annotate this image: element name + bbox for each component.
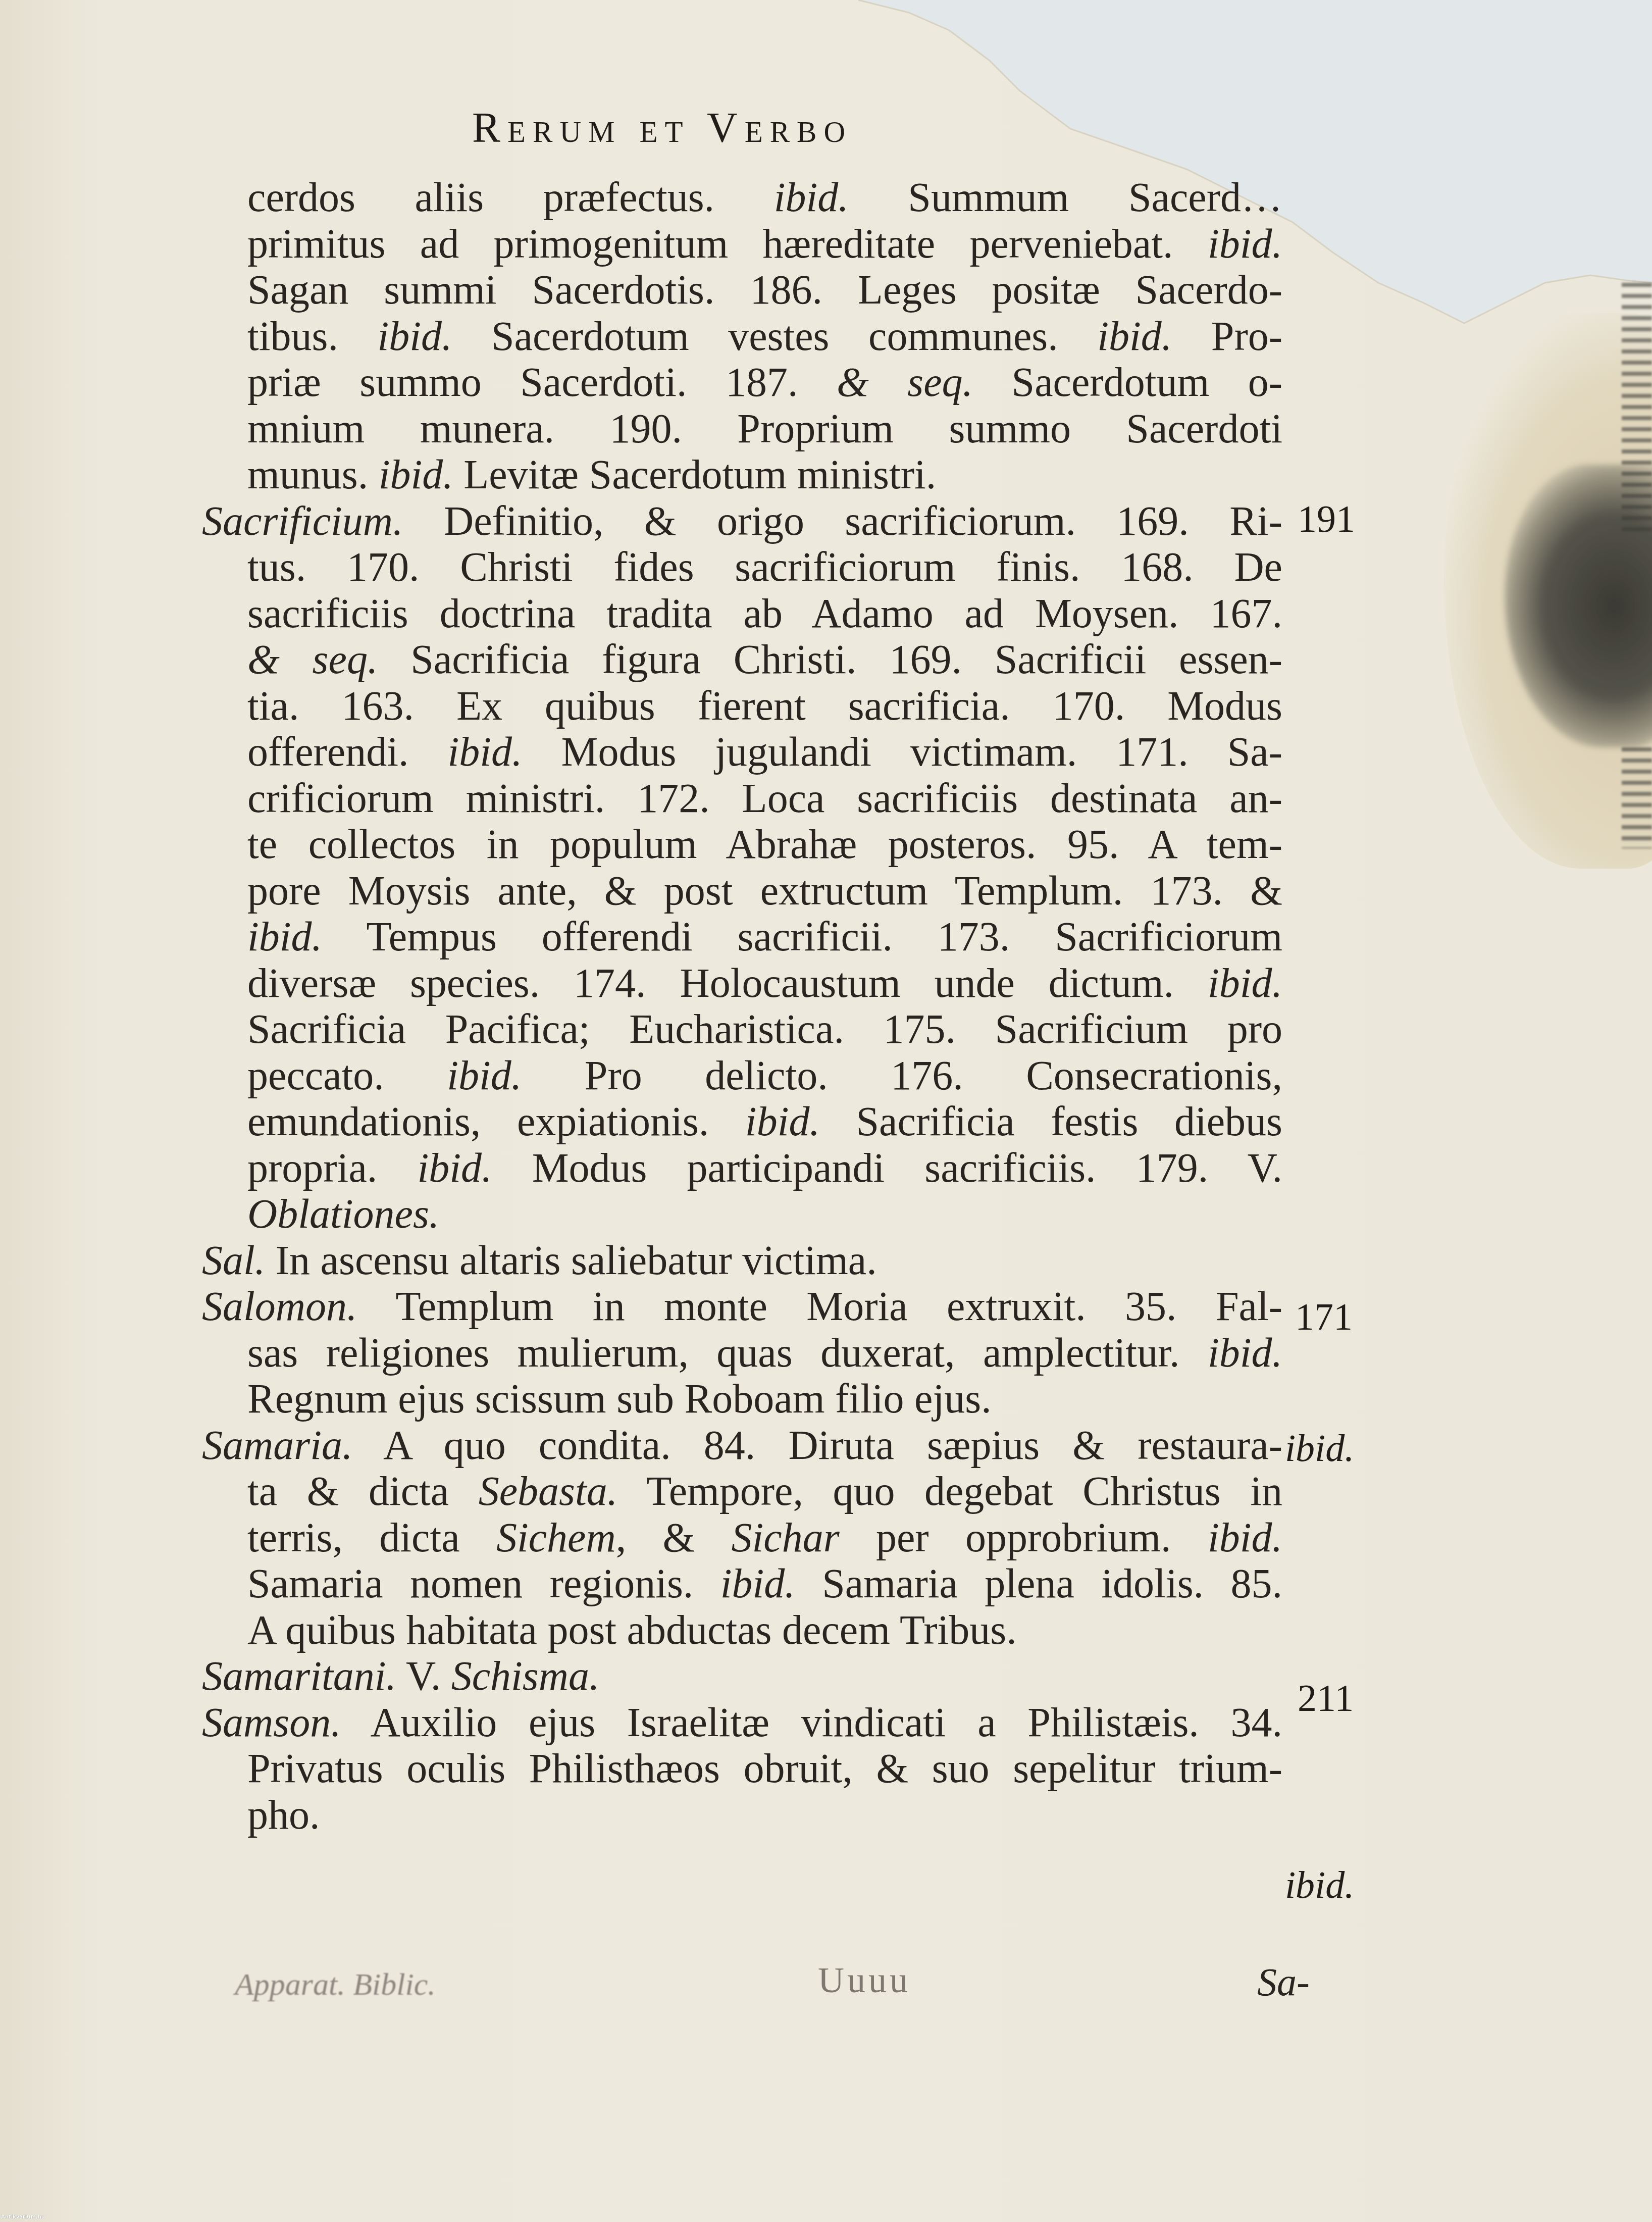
index-entry-samson: Samson. Auxilio ejus Israelitæ vindicati… xyxy=(202,1699,1282,1838)
entry-text: terris, dicta xyxy=(247,1514,496,1560)
entry-text: sas religiones mulierum, quas duxerat, a… xyxy=(247,1330,1208,1376)
entry-line: primitus ad primogenitum hæreditate perv… xyxy=(202,221,1282,267)
entry-headword: Samaria. xyxy=(202,1422,352,1468)
entry-text: crificiorum ministri. 172. Loca sacrific… xyxy=(247,775,1282,821)
entry-headword: Sal. xyxy=(202,1237,265,1283)
entry-text: pho. xyxy=(247,1792,320,1838)
entry-line: peccato. ibid. Pro delicto. 176. Consecr… xyxy=(202,1052,1282,1099)
watermark: Antikvarium.hu xyxy=(1,2214,45,2220)
italic-text: Sichem xyxy=(496,1514,616,1560)
entry-text: ta & dicta xyxy=(247,1468,479,1514)
entry-line: pore Moysis ante, & post extructum Templ… xyxy=(202,868,1282,914)
entry-text: Templum in monte Moria extruxit. 35. Fal… xyxy=(357,1283,1283,1329)
entry-line: Regnum ejus scissum sub Roboam filio eju… xyxy=(202,1376,1282,1422)
entry-text: propria. xyxy=(247,1145,417,1191)
entry-line: Sacrificia Pacifica; Eucharistica. 175. … xyxy=(202,1006,1282,1052)
entry-text: Sacrificia Pacifica; Eucharistica. 175. … xyxy=(247,1006,1282,1052)
book-page: Rerum et Verbo cerdos aliis præfectus. i… xyxy=(0,0,1652,2222)
entry-line: sas religiones mulierum, quas duxerat, a… xyxy=(202,1330,1282,1376)
entry-text: Tempus offerendi sacrificii. 173. Sacrif… xyxy=(322,914,1282,959)
entry-line: & seq. Sacrificia figura Christi. 169. S… xyxy=(202,636,1282,683)
entry-text: Samaria plena idolis. 85. xyxy=(795,1560,1282,1606)
margin-page-ref: 171 xyxy=(1295,1295,1353,1339)
entry-line: Sal. In ascensu altaris saliebatur victi… xyxy=(202,1237,1282,1284)
entry-line: emundationis, expiationis. ibid. Sacrifi… xyxy=(202,1098,1282,1145)
entry-text: Sacrificia figura Christi. 169. Sacrific… xyxy=(378,636,1282,682)
entry-headword: Salomon. xyxy=(202,1283,357,1329)
entry-line: mnium munera. 190. Proprium summo Sacerd… xyxy=(202,406,1282,452)
entry-line: propria. ibid. Modus participandi sacrif… xyxy=(202,1145,1282,1191)
italic-text: ibid. xyxy=(1208,221,1282,267)
entry-text: munus. xyxy=(247,451,379,497)
entry-line: te collectos in populum Abrahæ posteros.… xyxy=(202,821,1282,868)
entry-line: cerdos aliis præfectus. ibid. Summum Sac… xyxy=(202,174,1282,221)
italic-text: ibid. xyxy=(720,1560,795,1606)
italic-text: ibid. xyxy=(377,313,452,359)
entry-text: Sacrificia festis diebus xyxy=(820,1098,1282,1144)
entry-text: Sacerdotum o- xyxy=(973,359,1282,405)
signature-mark: Uuuu xyxy=(818,1959,911,2001)
entry-text: te collectos in populum Abrahæ posteros.… xyxy=(247,821,1282,867)
italic-text: Sebasta. xyxy=(479,1468,618,1514)
entry-text: A quo condita. 84. Diruta sæpius & resta… xyxy=(352,1422,1282,1468)
entry-line: tia. 163. Ex quibus fierent sacrificia. … xyxy=(202,683,1282,729)
italic-text: & seq. xyxy=(837,359,973,405)
entry-line: crificiorum ministri. 172. Loca sacrific… xyxy=(202,775,1282,822)
italic-text: ibid. xyxy=(1097,313,1172,359)
entry-headword: Sacrificium. xyxy=(202,498,403,544)
entry-line: Oblationes. xyxy=(202,1191,1282,1237)
entry-text: V. xyxy=(396,1653,451,1699)
italic-text: ibid. xyxy=(247,914,322,959)
entry-line: ibid. Tempus offerendi sacrificii. 173. … xyxy=(202,914,1282,960)
entry-text: tus. 170. Christi fides sacrificiorum fi… xyxy=(247,544,1282,590)
entry-text: mnium munera. 190. Proprium summo Sacerd… xyxy=(247,406,1282,451)
edge-speckle xyxy=(1622,283,1652,535)
entry-line: priæ summo Sacerdoti. 187. & seq. Sacerd… xyxy=(202,359,1282,406)
entry-text: pore Moysis ante, & post extructum Templ… xyxy=(247,868,1282,914)
entry-text: , & xyxy=(616,1514,732,1560)
entry-text: primitus ad primogenitum hæreditate perv… xyxy=(247,221,1208,267)
entry-line: ta & dicta Sebasta. Tempore, quo degebat… xyxy=(202,1468,1282,1514)
entry-line: Salomon. Templum in monte Moria extruxit… xyxy=(202,1283,1282,1330)
edge-speckle xyxy=(1622,747,1652,848)
entry-line: terris, dicta Sichem, & Sichar per oppro… xyxy=(202,1514,1282,1561)
entry-text: In ascensu altaris saliebatur victima. xyxy=(265,1237,876,1283)
entry-text: tia. 163. Ex quibus fierent sacrificia. … xyxy=(247,683,1282,729)
entry-text: Privatus oculis Philisthæos obruit, & su… xyxy=(247,1745,1282,1791)
index-entry-samaritani: Samaritani. V. Schisma. xyxy=(202,1653,1282,1699)
index-entry-samaria: Samaria. A quo condita. 84. Diruta sæpiu… xyxy=(202,1422,1282,1653)
margin-page-ref: 211 xyxy=(1298,1677,1354,1721)
italic-text: Oblationes. xyxy=(247,1191,439,1237)
entry-line: Privatus oculis Philisthæos obruit, & su… xyxy=(202,1745,1282,1792)
margin-page-ref: ibid. xyxy=(1285,1427,1354,1471)
index-entry-sacrificium: Sacrificium. Definitio, & origo sacrific… xyxy=(202,498,1282,1237)
entry-line: A quibus habitata post abductas decem Tr… xyxy=(202,1607,1282,1653)
entry-line: Samaritani. V. Schisma. xyxy=(202,1653,1282,1699)
entry-text: Samaria nomen regionis. xyxy=(247,1560,720,1606)
entry-text: offerendi. xyxy=(247,729,447,775)
running-head-text: Rerum et Verbo xyxy=(472,105,852,151)
entry-line: Samaria nomen regionis. ibid. Samaria pl… xyxy=(202,1560,1282,1607)
entry-text: Levitæ Sacerdotum ministri. xyxy=(453,451,937,497)
entry-line: munus. ibid. Levitæ Sacerdotum ministri. xyxy=(202,451,1282,498)
entry-text: Tempore, quo degebat Christus in xyxy=(617,1468,1282,1514)
italic-text: ibid. xyxy=(774,174,849,220)
italic-text: ibid. xyxy=(447,1052,522,1098)
entry-line: Sacrificium. Definitio, & origo sacrific… xyxy=(202,498,1282,544)
italic-text: & seq. xyxy=(247,636,378,682)
catchword: Sa- xyxy=(1257,1959,1310,2005)
running-head: Rerum et Verbo xyxy=(472,104,852,153)
entry-text: tibus. xyxy=(247,313,377,359)
margin-page-ref: 191 xyxy=(1298,497,1355,541)
entry-text: priæ summo Sacerdoti. 187. xyxy=(247,359,837,405)
entry-text: diversæ species. 174. Holocaustum unde d… xyxy=(247,960,1208,1006)
italic-text: ibid. xyxy=(1208,1330,1282,1376)
italic-text: ibid. xyxy=(1208,960,1282,1006)
italic-text: ibid. xyxy=(417,1145,492,1191)
entry-line: tus. 170. Christi fides sacrificiorum fi… xyxy=(202,544,1282,590)
entry-line: offerendi. ibid. Modus jugulandi victima… xyxy=(202,729,1282,775)
entry-line: Sagan summi Sacerdotis. 186. Leges posit… xyxy=(202,267,1282,313)
italic-text: ibid. xyxy=(447,729,522,775)
entry-text: Regnum ejus scissum sub Roboam filio eju… xyxy=(247,1376,992,1422)
entry-headword: Samaritani. xyxy=(202,1653,396,1699)
italic-text: Sichar xyxy=(732,1514,840,1560)
entry-text: peccato. xyxy=(247,1052,447,1098)
italic-text: ibid. xyxy=(379,451,453,497)
margin-page-ref: ibid. xyxy=(1285,1863,1354,1907)
entry-text: cerdos aliis præfectus. xyxy=(247,174,774,220)
footer-signature: Apparat. Biblic. xyxy=(235,1967,436,2003)
entry-text: Summum Sacerd… xyxy=(849,174,1282,220)
entry-text: Pro- xyxy=(1172,313,1282,359)
italic-text: ibid. xyxy=(1208,1514,1282,1560)
entry-text: A quibus habitata post abductas decem Tr… xyxy=(247,1607,1017,1653)
index-entry-salomon: Salomon. Templum in monte Moria extruxit… xyxy=(202,1283,1282,1422)
entry-line: tibus. ibid. Sacerdotum vestes communes.… xyxy=(202,313,1282,360)
entry-text: per opprobrium. xyxy=(840,1514,1208,1560)
entry-text: Auxilio ejus Israelitæ vindicati a Phili… xyxy=(341,1699,1282,1745)
entry-text: Modus participandi sacrificiis. 179. V. xyxy=(492,1145,1283,1191)
index-entry-sal: Sal. In ascensu altaris saliebatur victi… xyxy=(202,1237,1282,1284)
entry-line: diversæ species. 174. Holocaustum unde d… xyxy=(202,960,1282,1006)
entry-text: Definitio, & origo sacrificiorum. 169. R… xyxy=(403,498,1282,544)
entry-text: Sacerdotum vestes communes. xyxy=(452,313,1098,359)
entry-text: emundationis, expiationis. xyxy=(247,1098,745,1144)
entry-line: Samaria. A quo condita. 84. Diruta sæpiu… xyxy=(202,1422,1282,1469)
entry-text: Pro delicto. 176. Consecrationis, xyxy=(522,1052,1282,1098)
index-entry-sacerdos-cont: cerdos aliis præfectus. ibid. Summum Sac… xyxy=(202,174,1282,498)
entry-line: pho. xyxy=(202,1792,1282,1838)
entry-text: sacrificiis doctrina tradita ab Adamo ad… xyxy=(247,590,1282,636)
italic-text: Schisma. xyxy=(451,1653,600,1699)
entry-text: Sagan summi Sacerdotis. 186. Leges posit… xyxy=(247,267,1282,313)
italic-text: ibid. xyxy=(745,1098,820,1144)
entry-headword: Samson. xyxy=(202,1699,341,1745)
entry-line: sacrificiis doctrina tradita ab Adamo ad… xyxy=(202,590,1282,637)
entry-text: Modus jugulandi victimam. 171. Sa- xyxy=(523,729,1282,775)
index-body: cerdos aliis præfectus. ibid. Summum Sac… xyxy=(202,174,1282,1838)
entry-line: Samson. Auxilio ejus Israelitæ vindicati… xyxy=(202,1699,1282,1746)
